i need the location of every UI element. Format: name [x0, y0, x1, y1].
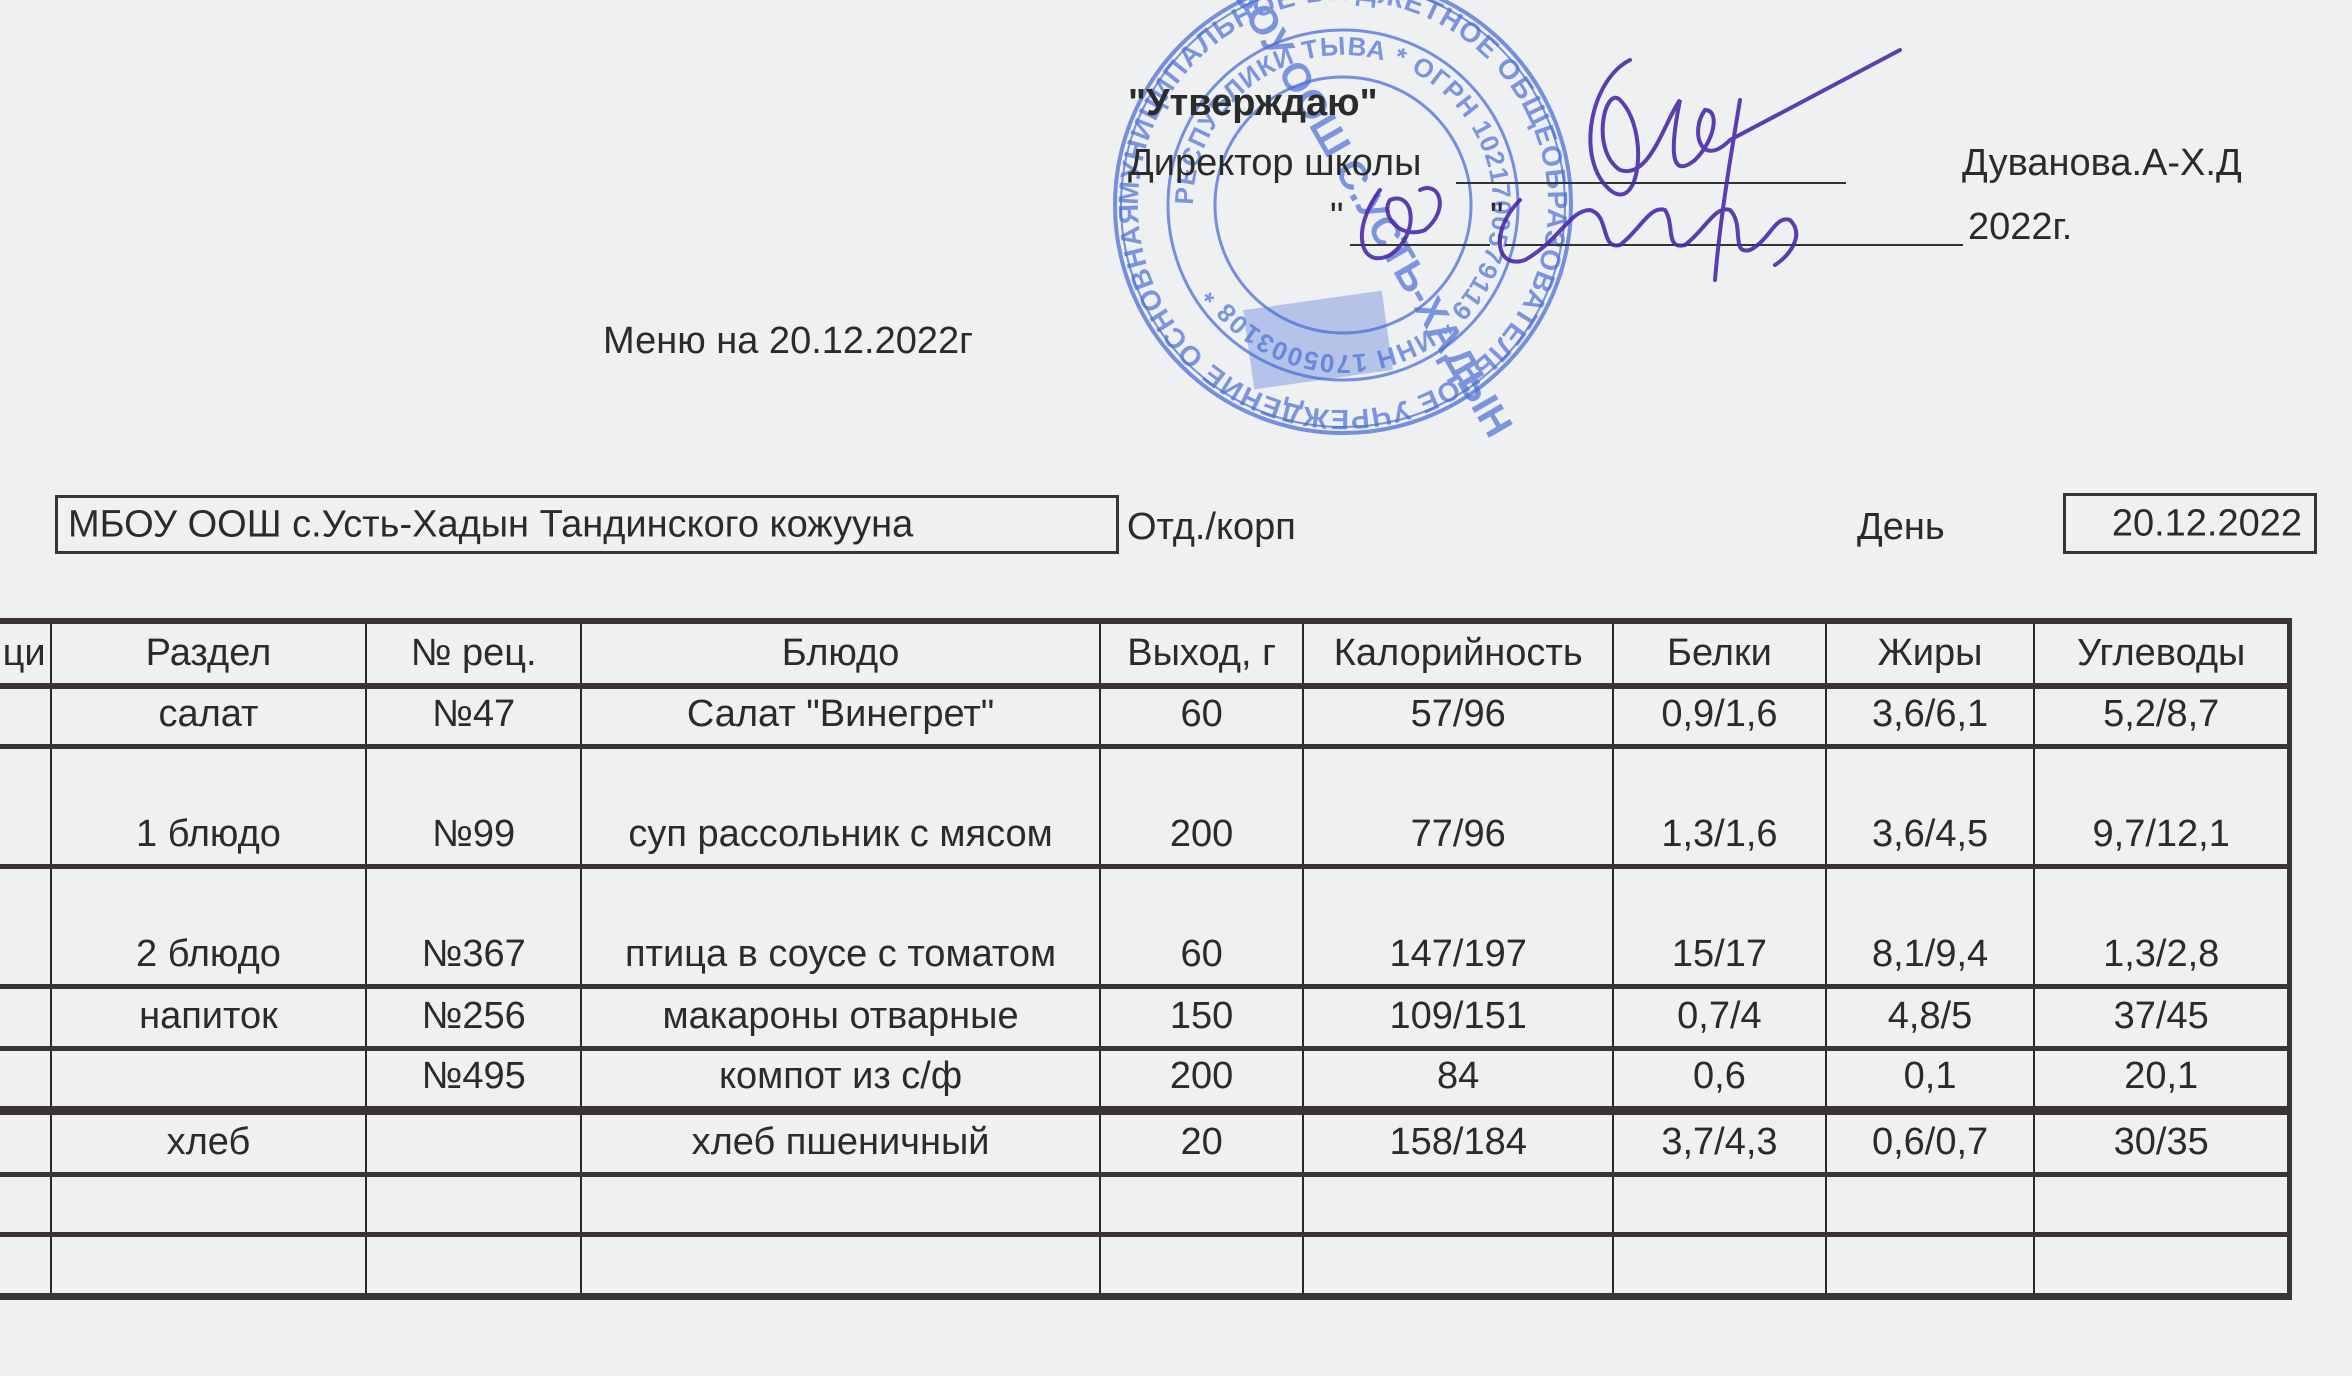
day-value-box: 20.12.2022	[2063, 493, 2317, 554]
cell-yield	[1100, 1234, 1303, 1296]
cell-recipe	[366, 1234, 581, 1296]
cell-yield: 60	[1100, 686, 1303, 746]
table-row: №495 компот из с/ф 200 84 0,6 0,1 20,1	[0, 1048, 2290, 1110]
cell-protein: 1,3/1,6	[1613, 746, 1826, 866]
cell-section: хлеб	[51, 1110, 367, 1174]
cell-fat: 3,6/6,1	[1826, 686, 2035, 746]
table-row: хлеб хлеб пшеничный 20 158/184 3,7/4,3 0…	[0, 1110, 2290, 1174]
cell-protein: 0,9/1,6	[1613, 686, 1826, 746]
day-value: 20.12.2022	[2112, 502, 2302, 545]
director-position: Директор школы	[1128, 144, 1421, 182]
cell-protein	[1613, 1234, 1826, 1296]
table-row: напиток №256 макароны отварные 150 109/1…	[0, 986, 2290, 1048]
cell-dish: макароны отварные	[581, 986, 1100, 1048]
cell-section: 1 блюдо	[51, 746, 367, 866]
table-row: 1 блюдо №99 суп рассольник с мясом 200 7…	[0, 746, 2290, 866]
cell-calories	[1303, 1234, 1613, 1296]
cell-dish: компот из с/ф	[581, 1048, 1100, 1110]
cell-dish: суп рассольник с мясом	[581, 746, 1100, 866]
col-header-section: Раздел	[51, 621, 367, 686]
cell-calories: 77/96	[1303, 746, 1613, 866]
organization-box: МБОУ ООШ с.Усть-Хадын Тандинского кожуун…	[55, 495, 1119, 554]
cell-calories	[1303, 1174, 1613, 1234]
cell-dish	[581, 1234, 1100, 1296]
table-row: салат №47 Салат "Винегрет" 60 57/96 0,9/…	[0, 686, 2290, 746]
date-close-quote: "	[1490, 198, 1504, 236]
cell-recipe: №367	[366, 866, 581, 986]
cell-calories: 158/184	[1303, 1110, 1613, 1174]
col-header-protein: Белки	[1613, 621, 1826, 686]
col-header-partial: ци	[0, 621, 51, 686]
date-year: 2022г.	[1968, 208, 2072, 246]
cell-calories: 57/96	[1303, 686, 1613, 746]
cell-yield: 60	[1100, 866, 1303, 986]
cell-fat	[1826, 1174, 2035, 1234]
cell-calories: 84	[1303, 1048, 1613, 1110]
cell-protein: 0,7/4	[1613, 986, 1826, 1048]
cell-carbs: 30/35	[2034, 1110, 2289, 1174]
cell-yield: 200	[1100, 746, 1303, 866]
cell-section	[51, 1048, 367, 1110]
col-header-carbs: Углеводы	[2034, 621, 2289, 686]
cell-fat: 8,1/9,4	[1826, 866, 2035, 986]
cell-carbs: 1,3/2,8	[2034, 866, 2289, 986]
cell-calories: 109/151	[1303, 986, 1613, 1048]
cell-recipe: №47	[366, 686, 581, 746]
table-row: 2 блюдо №367 птица в соусе с томатом 60 …	[0, 866, 2290, 986]
cell-carbs	[2034, 1174, 2289, 1234]
cell-recipe	[366, 1110, 581, 1174]
cell-protein: 15/17	[1613, 866, 1826, 986]
cell-yield: 150	[1100, 986, 1303, 1048]
department-label: Отд./корп	[1127, 508, 1296, 546]
cell-protein: 0,6	[1613, 1048, 1826, 1110]
col-header-recipe: № рец.	[366, 621, 581, 686]
cell-fat: 4,8/5	[1826, 986, 2035, 1048]
cell-carbs: 20,1	[2034, 1048, 2289, 1110]
col-header-fat: Жиры	[1826, 621, 2035, 686]
approval-heading: "Утверждаю"	[1128, 84, 1378, 122]
cell-dish: птица в соусе с томатом	[581, 866, 1100, 986]
cell-protein	[1613, 1174, 1826, 1234]
stamp-center-text: МБОУ ООШ С.УСТЬ-ХАДЫН	[1205, 0, 1520, 440]
cell-section	[51, 1174, 367, 1234]
cell-fat	[1826, 1234, 2035, 1296]
cell-recipe: №256	[366, 986, 581, 1048]
cell-yield	[1100, 1174, 1303, 1234]
cell-section: напиток	[51, 986, 367, 1048]
table-row	[0, 1234, 2290, 1296]
cell-carbs: 9,7/12,1	[2034, 746, 2289, 866]
cell-fat: 3,6/4,5	[1826, 746, 2035, 866]
cell-fat: 0,6/0,7	[1826, 1110, 2035, 1174]
date-day-line	[1350, 244, 1490, 246]
page-title: Меню на 20.12.2022г	[603, 322, 973, 360]
cell-dish	[581, 1174, 1100, 1234]
cell-yield: 20	[1100, 1110, 1303, 1174]
cell-dish: хлеб пшеничный	[581, 1110, 1100, 1174]
menu-table: ци Раздел № рец. Блюдо Выход, г Калорийн…	[0, 618, 2292, 1300]
cell-recipe: №495	[366, 1048, 581, 1110]
cell-recipe: №99	[366, 746, 581, 866]
cell-carbs: 37/45	[2034, 986, 2289, 1048]
cell-calories: 147/197	[1303, 866, 1613, 986]
cell-carbs	[2034, 1234, 2289, 1296]
cell-carbs: 5,2/8,7	[2034, 686, 2289, 746]
col-header-dish: Блюдо	[581, 621, 1100, 686]
cell-fat: 0,1	[1826, 1048, 2035, 1110]
cell-yield: 200	[1100, 1048, 1303, 1110]
cell-section: салат	[51, 686, 367, 746]
cell-section: 2 блюдо	[51, 866, 367, 986]
director-name: Дуванова.А-Х.Д	[1962, 144, 2242, 182]
cell-protein: 3,7/4,3	[1613, 1110, 1826, 1174]
table-row	[0, 1174, 2290, 1234]
date-open-quote: "	[1330, 198, 1344, 236]
organization-name: МБОУ ООШ с.Усть-Хадын Тандинского кожуун…	[68, 503, 913, 546]
table-header-row: ци Раздел № рец. Блюдо Выход, г Калорийн…	[0, 621, 2290, 686]
col-header-calories: Калорийность	[1303, 621, 1613, 686]
col-header-yield: Выход, г	[1100, 621, 1303, 686]
cell-dish: Салат "Винегрет"	[581, 686, 1100, 746]
day-label: День	[1857, 508, 1945, 546]
signature-line	[1456, 182, 1846, 184]
cell-section	[51, 1234, 367, 1296]
date-month-line	[1505, 244, 1963, 246]
cell-recipe	[366, 1174, 581, 1234]
